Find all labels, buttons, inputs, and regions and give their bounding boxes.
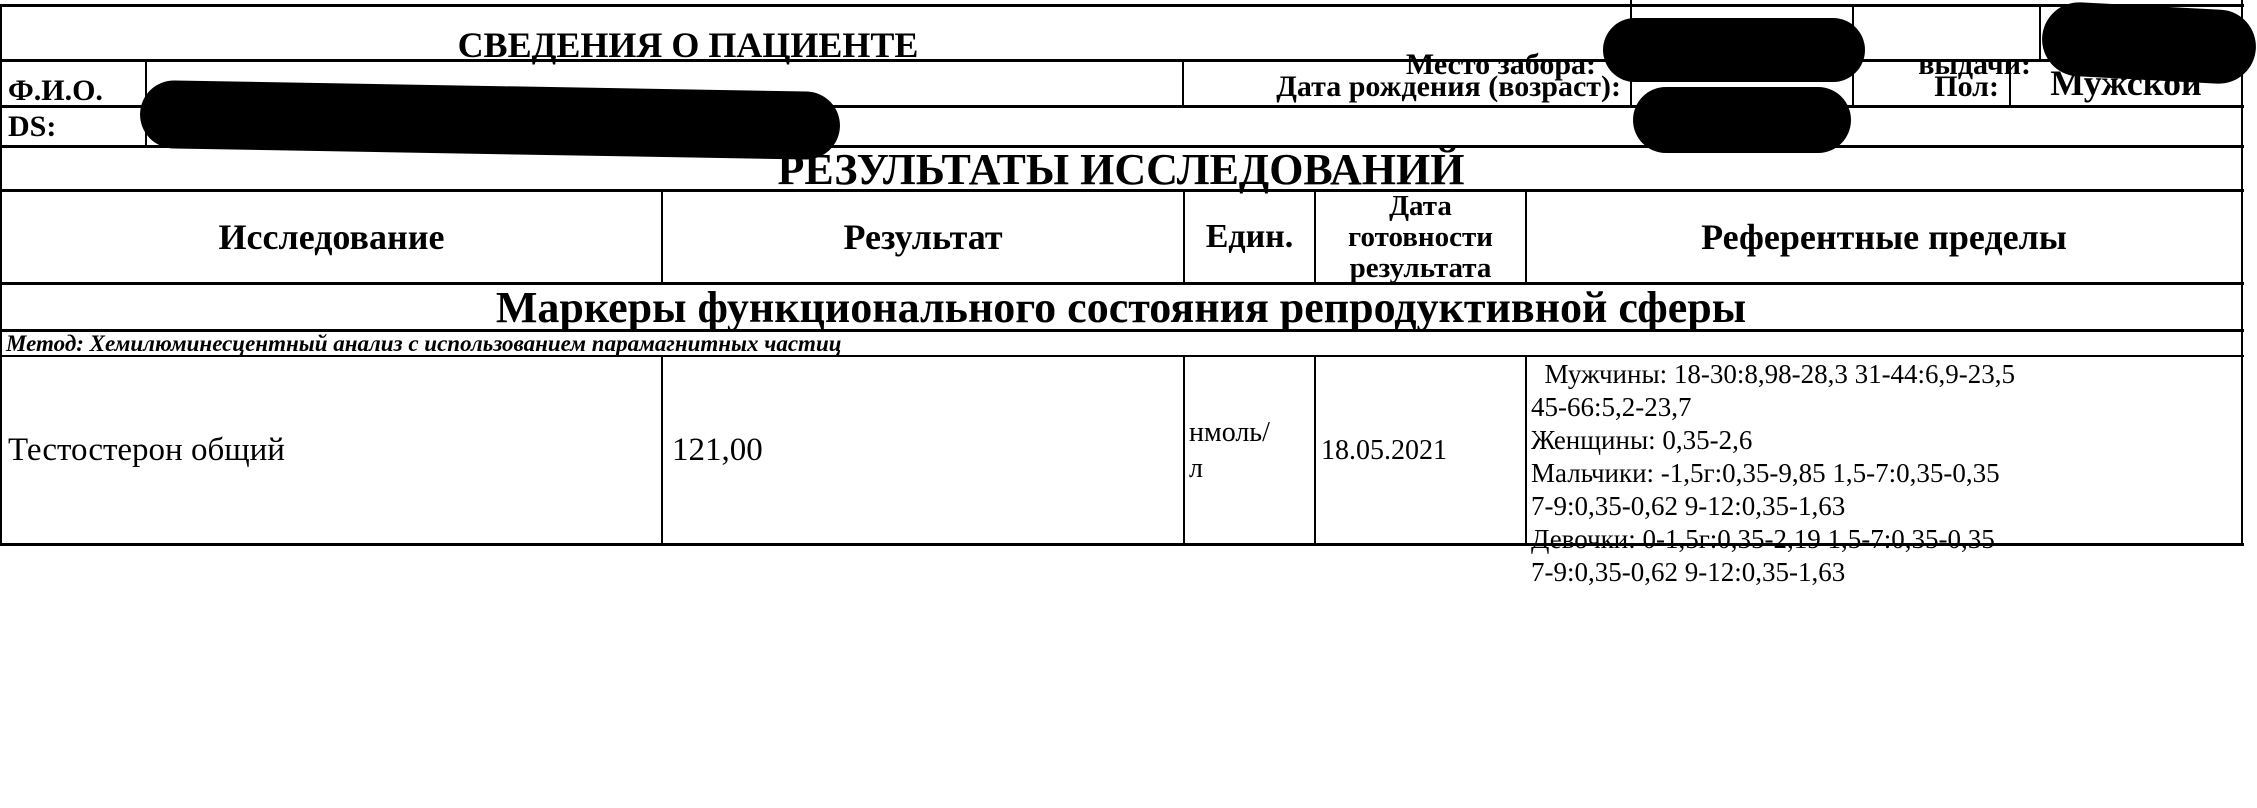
- reference-line: Девочки: 0-1,5г:0,35-2,19 1,5-7:0,35-0,3…: [1531, 523, 2239, 556]
- result-test-name: Тестостерон общий: [8, 358, 658, 543]
- result-value: 121,00: [672, 358, 1177, 543]
- reference-line: Мальчики: -1,5г:0,35-9,85 1,5-7:0,35-0,3…: [1531, 457, 2239, 490]
- reference-line: Женщины: 0,35-2,6: [1531, 424, 2239, 457]
- result-unit-line1: нмоль/: [1189, 415, 1270, 451]
- reference-line: 7-9:0,35-0,62 9-12:0,35-1,63: [1531, 556, 2239, 589]
- divider-issue-value-left: [2039, 4, 2041, 61]
- method-note: Метод: Хемилюминесцентный анализ с испол…: [6, 332, 2236, 355]
- result-unit: нмоль/ л: [1189, 358, 1313, 543]
- results-section-title: РЕЗУЛЬТАТЫ ИССЛЕДОВАНИЙ: [0, 148, 2242, 190]
- birth-date-label: Дата рождения (возраст):: [1185, 62, 1623, 104]
- column-header-date-line1: Дата: [1389, 191, 1452, 222]
- column-header-date: Дата готовности результата: [1316, 192, 1525, 282]
- result-date: 18.05.2021: [1321, 358, 1524, 543]
- column-header-date-line2: готовности: [1348, 222, 1493, 253]
- test-group-title: Маркеры функционального состояния репрод…: [0, 285, 2242, 329]
- result-reference-ranges: Мужчины: 18-30:8,98-28,3 31-44:6,9-23,54…: [1531, 358, 2239, 589]
- ds-value: [150, 108, 2238, 146]
- column-header-date-line3: результата: [1350, 253, 1492, 284]
- result-unit-line2: л: [1189, 451, 1203, 487]
- ds-label: DS:: [8, 108, 143, 146]
- sex-label: Пол:: [1855, 62, 2005, 104]
- reference-line: Мужчины: 18-30:8,98-28,3 31-44:6,9-23,5: [1531, 358, 2239, 391]
- row-divider-result: [661, 356, 663, 545]
- row-divider-reference: [1525, 356, 1527, 545]
- column-header-result: Результат: [663, 192, 1183, 282]
- rule-top: [0, 4, 2244, 7]
- column-header-unit: Един.: [1185, 192, 1314, 282]
- reference-line: 45-66:5,2-23,7: [1531, 391, 2239, 424]
- border-right: [2241, 0, 2243, 546]
- row-divider-unit: [1183, 356, 1185, 545]
- column-header-reference: Референтные пределы: [1527, 192, 2241, 282]
- row-divider-date: [1314, 356, 1316, 545]
- column-header-test: Исследование: [2, 192, 661, 282]
- sex-value: Мужской: [2011, 60, 2241, 106]
- redacted-collection-place: [1603, 18, 1865, 82]
- reference-line: 7-9:0,35-0,62 9-12:0,35-1,63: [1531, 490, 2239, 523]
- name-label: Ф.И.О.: [8, 72, 143, 108]
